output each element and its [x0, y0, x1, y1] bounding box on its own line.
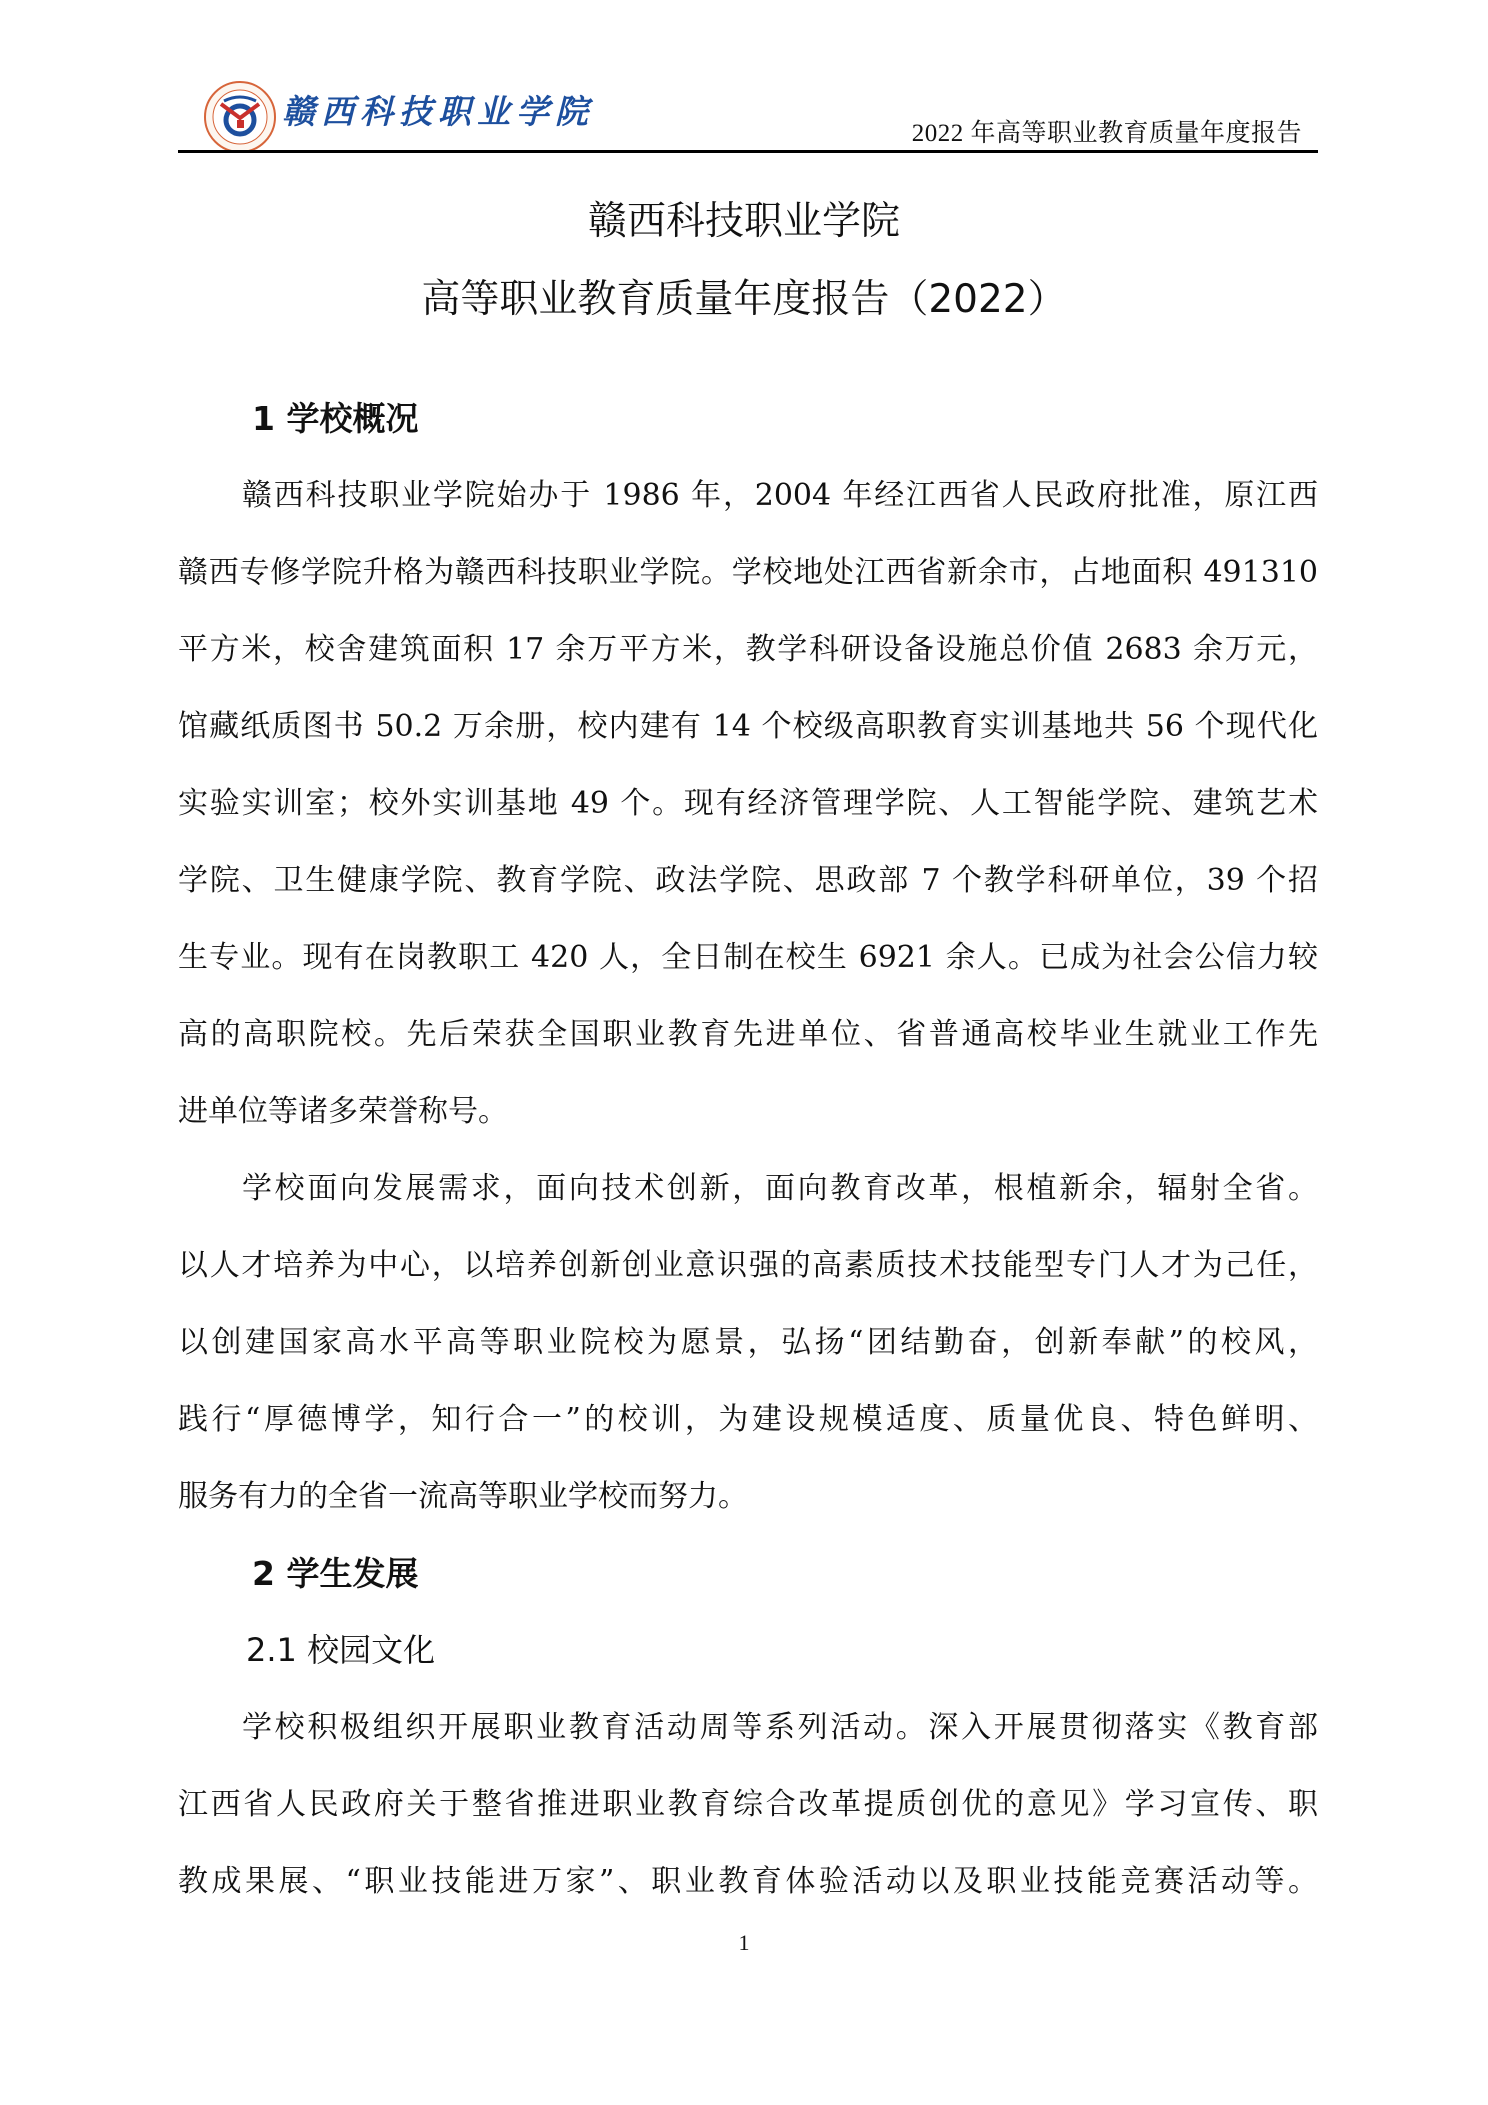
paragraph-line: 践行“厚德博学，知行合一”的校训，为建设规模适度、质量优良、特色鲜明、 — [178, 1394, 1318, 1438]
page-number: 1 — [0, 1930, 1488, 1956]
header-report-title: 2022 年高等职业教育质量年度报告 — [912, 113, 1302, 149]
section-heading-1: 1 学校概况 — [252, 393, 418, 440]
paragraph-line: 进单位等诸多荣誉称号。 — [178, 1086, 1318, 1130]
document-title-line2: 高等职业教育质量年度报告（2022） — [0, 268, 1488, 324]
paragraph-line: 学校积极组织开展职业教育活动周等系列活动。深入开展贯彻落实《教育部 — [242, 1702, 1318, 1746]
paragraph-line: 教成果展、“职业技能进万家”、职业教育体验活动以及职业技能竞赛活动等。 — [178, 1856, 1318, 1900]
header-divider — [178, 150, 1318, 153]
paragraph-line: 江西省人民政府关于整省推进职业教育综合改革提质创优的意见》学习宣传、职 — [178, 1779, 1318, 1823]
paragraph-line: 以创建国家高水平高等职业院校为愿景，弘扬“团结勤奋，创新奉献”的校风， — [178, 1317, 1318, 1361]
paragraph-line: 赣西科技职业学院始办于 1986 年，2004 年经江西省人民政府批准，原江西 — [242, 470, 1318, 514]
paragraph-line: 生专业。现有在岗教职工 420 人，全日制在校生 6921 余人。已成为社会公信… — [178, 932, 1318, 976]
college-emblem-icon — [203, 80, 277, 154]
paragraph-line: 赣西专修学院升格为赣西科技职业学院。学校地处江西省新余市，占地面积 491310 — [178, 547, 1318, 591]
paragraph-line: 服务有力的全省一流高等职业学校而努力。 — [178, 1471, 1318, 1515]
subsection-heading-2-1: 2.1 校园文化 — [246, 1625, 435, 1671]
paragraph-line: 学校面向发展需求，面向技术创新，面向教育改革，根植新余，辐射全省。 — [242, 1163, 1318, 1207]
document-page: 赣西科技职业学院 2022 年高等职业教育质量年度报告 赣西科技职业学院 高等职… — [0, 0, 1488, 2105]
paragraph-line: 馆藏纸质图书 50.2 万余册，校内建有 14 个校级高职教育实训基地共 56 … — [178, 701, 1318, 745]
header-brand: 赣西科技职业学院 — [282, 86, 594, 133]
paragraph-line: 平方米，校舍建筑面积 17 余万平方米，教学科研设备设施总价值 2683 余万元… — [178, 624, 1318, 668]
paragraph-line: 学院、卫生健康学院、教育学院、政法学院、思政部 7 个教学科研单位，39 个招 — [178, 855, 1318, 899]
section-heading-2: 2 学生发展 — [252, 1548, 418, 1595]
document-title-line1: 赣西科技职业学院 — [0, 190, 1488, 246]
paragraph-line: 实验实训室；校外实训基地 49 个。现有经济管理学院、人工智能学院、建筑艺术 — [178, 778, 1318, 822]
paragraph-line: 以人才培养为中心，以培养创新创业意识强的高素质技术技能型专门人才为己任， — [178, 1240, 1318, 1284]
paragraph-line: 高的高职院校。先后荣获全国职业教育先进单位、省普通高校毕业生就业工作先 — [178, 1009, 1318, 1053]
